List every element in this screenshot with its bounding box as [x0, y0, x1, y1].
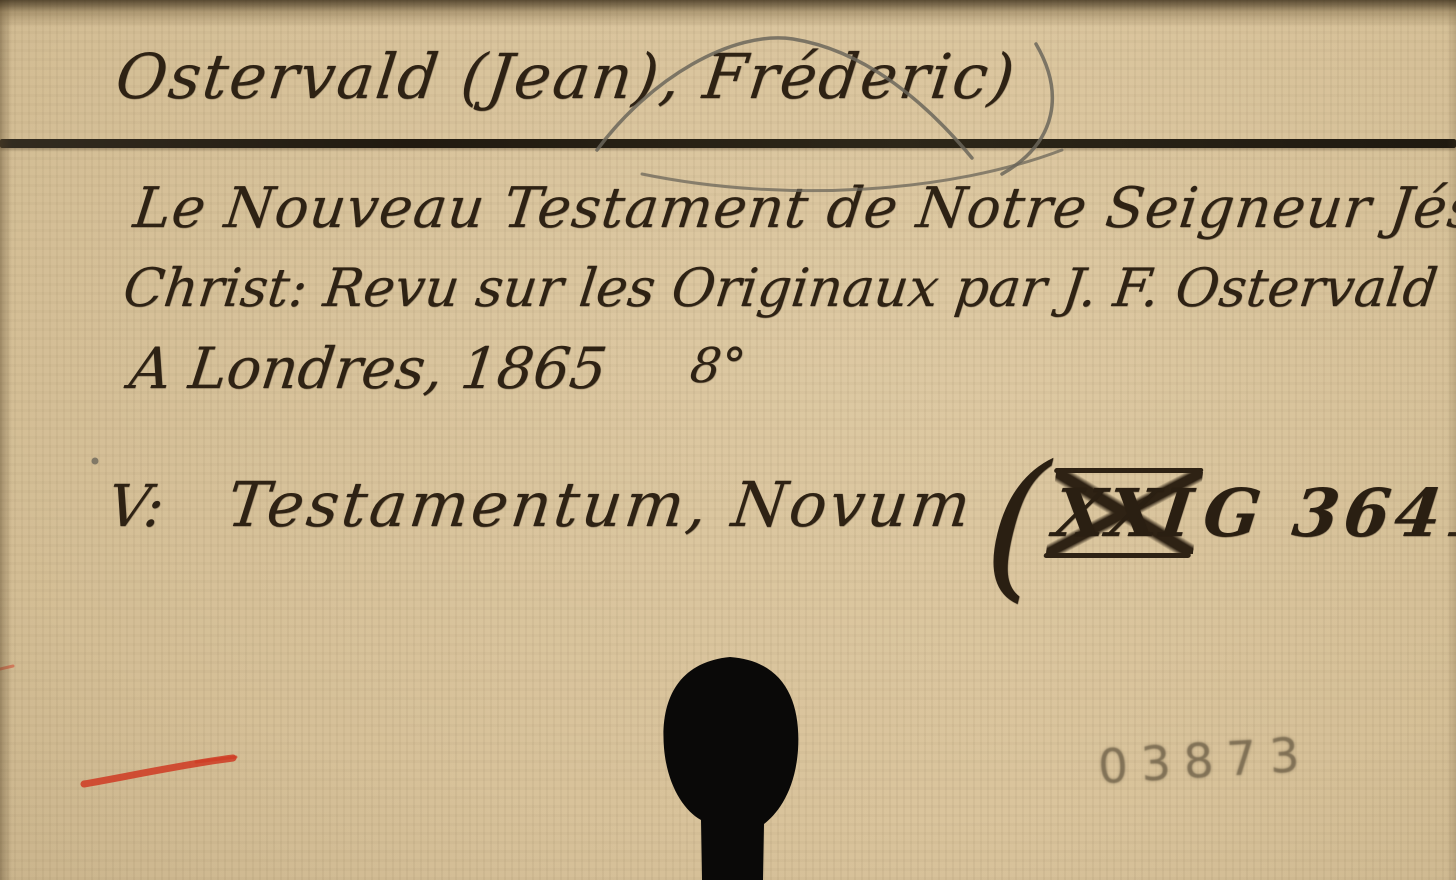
punched-hole: [663, 657, 798, 880]
format-notation: 8°: [687, 338, 748, 394]
subject-heading: Testamentum, Novum: [224, 468, 978, 541]
red-crayon-tail: [196, 757, 236, 762]
place-date: A Londres, 1865: [126, 336, 610, 402]
title-line-1: Le Nouveau Testament de Notre Seigneur J…: [130, 176, 1456, 241]
header-rule: [0, 139, 1456, 148]
red-edge-speck: [0, 666, 13, 669]
accession-stamp: 03873: [1097, 728, 1314, 796]
call-number: ( XXI G 3641 ): [980, 456, 1456, 570]
red-crayon-mark: [84, 758, 233, 784]
shelf-mark: G 3641: [1199, 474, 1456, 552]
catalog-card: Ostervald (Jean), Fréderic) Le Nouveau T…: [0, 0, 1456, 880]
cross-reference-line: V:Testamentum, Novum: [104, 468, 977, 541]
pencil-dot: [92, 458, 99, 465]
see-reference-abbrev: V:: [104, 472, 168, 540]
call-number-open-paren: (: [982, 468, 1050, 586]
struck-classmark: XXI: [1046, 472, 1203, 554]
author-heading: Ostervald (Jean), Fréderic): [112, 40, 1020, 113]
imprint-line: A Londres, 18658°: [126, 336, 749, 402]
title-line-2: Christ: Revu sur les Originaux par J. F.…: [120, 258, 1441, 319]
